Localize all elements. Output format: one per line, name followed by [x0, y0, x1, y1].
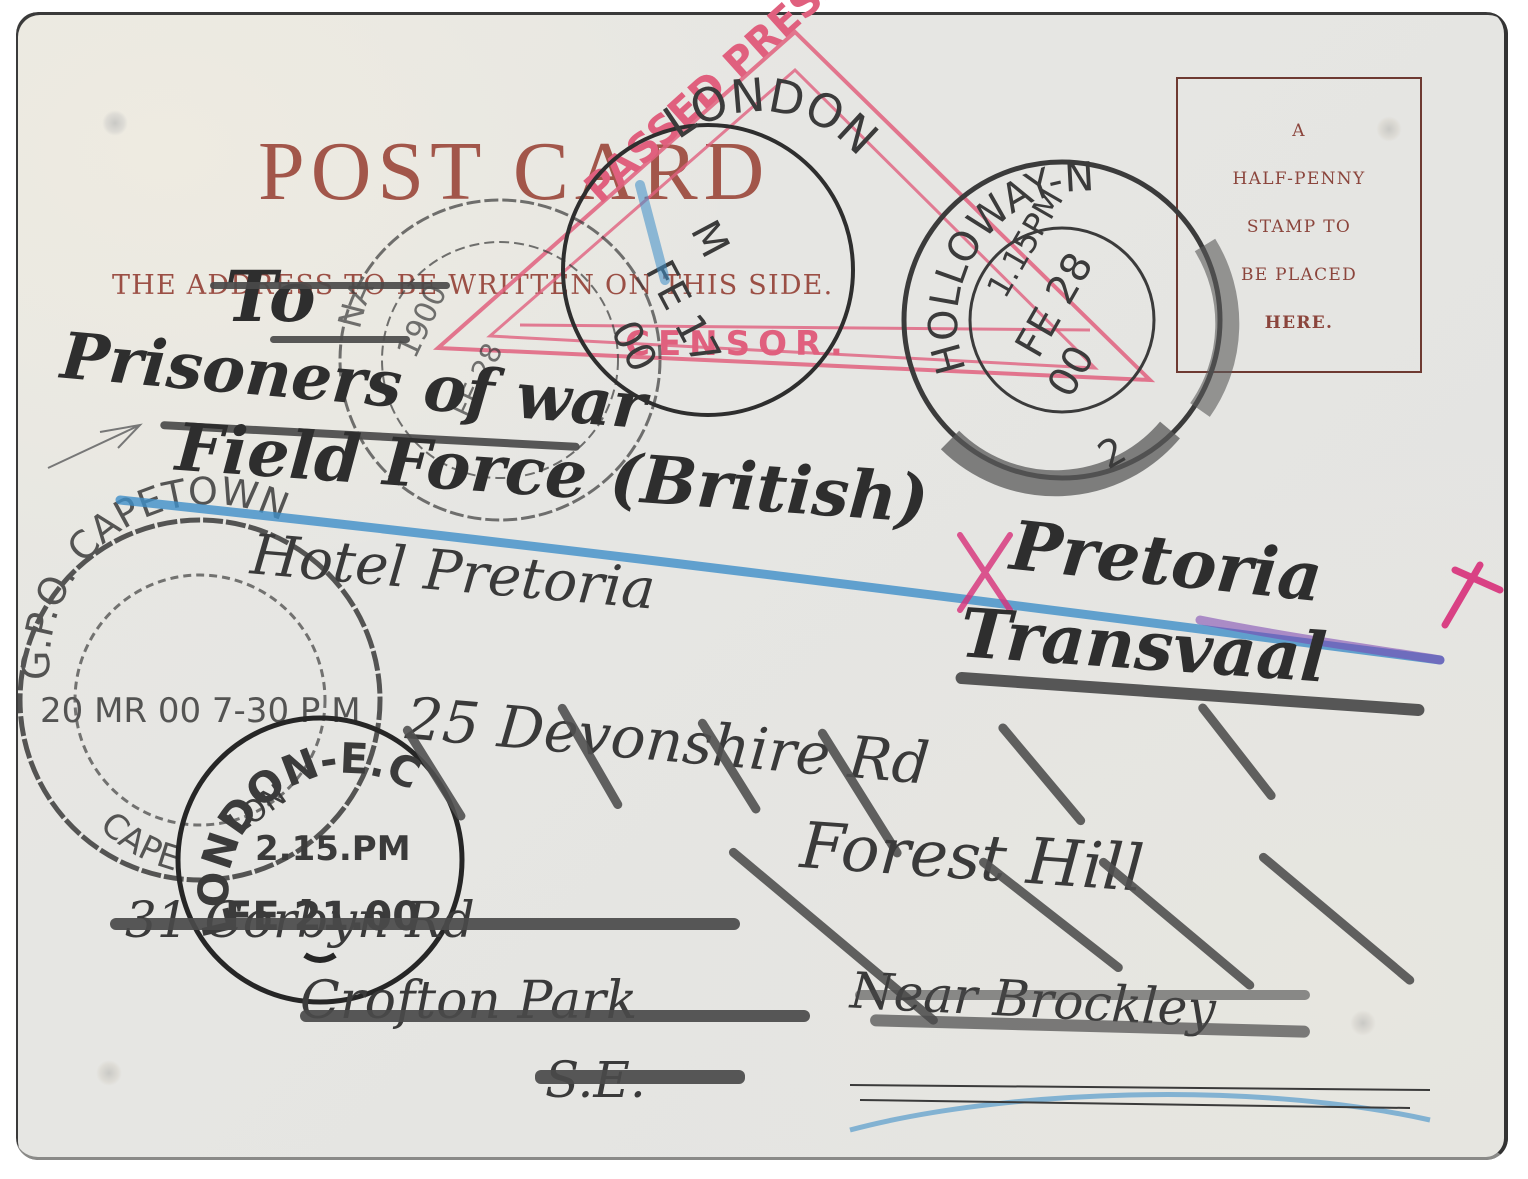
pin-hole	[1350, 1010, 1376, 1036]
hand-to: To	[225, 262, 316, 332]
stamp-box-line: BE PLACED	[1178, 265, 1420, 285]
strike	[210, 282, 450, 289]
stamp-box-line: HALF-PENNY	[1178, 169, 1420, 189]
stamp-box-line: A	[1178, 121, 1420, 141]
pin-hole	[96, 1060, 122, 1086]
strike	[300, 1010, 810, 1022]
strike	[535, 1070, 745, 1084]
stamp-box-line: STAMP TO	[1178, 217, 1420, 237]
strike	[855, 990, 1310, 1000]
pin-hole	[102, 110, 128, 136]
stamp-box-line: HERE.	[1178, 313, 1420, 333]
postcard-title: POST CARD	[258, 130, 770, 214]
strike	[110, 918, 740, 930]
stamp-box: A HALF-PENNY STAMP TO BE PLACED HERE.	[1176, 77, 1422, 373]
